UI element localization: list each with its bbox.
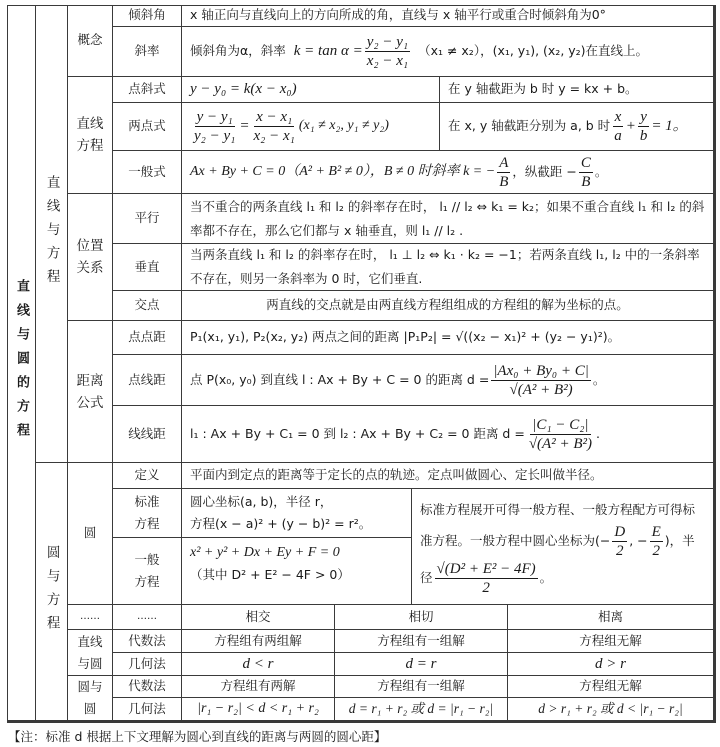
section-line-cell: 直线与方程: [36, 5, 68, 463]
compare-header-tangent-label: 相切: [408, 609, 433, 626]
line-circle-algebraic-separate: 方程组无解: [508, 630, 714, 653]
line-circle-algebraic-tangent-value: 方程组有一组解: [377, 633, 465, 650]
line-circle-geometric-intersect-value: d < r: [243, 654, 274, 674]
line-circle-algebraic-label-cell: 代数法: [113, 630, 182, 653]
general-slope-numerator: A: [497, 154, 510, 173]
row-perpendicular-label-cell: 垂直: [113, 244, 182, 291]
circle-circle-geometric-separate: d > r₁ + r₂ 或 d < |r₁ − r₂|: [508, 698, 714, 721]
slope-prefix: 倾斜角为α，斜率: [190, 43, 286, 60]
row-two-point-note-cell: 在 x, y 轴截距分别为 a, b 时 x a + y b = 1。: [440, 103, 714, 151]
row-definition-content-cell: 平面内到定点的距离等于定长的点的轨迹。定点叫做圆心、定长叫做半径。: [182, 463, 714, 489]
parallel-content: 当不重合的两条直线 l₁ 和 l₂ 的斜率存在时， l₁ // l₂ ⇔ k₁ …: [190, 195, 709, 243]
circle-circle-geometric-separate-value: d > r₁ + r₂ 或 d < |r₁ − r₂|: [538, 700, 682, 718]
row-point-point-label-cell: 点点距: [113, 321, 182, 355]
row-perpendicular-content-cell: 当两条直线 l₁ 和 l₂ 的斜率存在时， l₁ ⊥ l₂ ⇔ k₁ · k₂ …: [182, 244, 714, 291]
circle-circle-geometric-tangent-value: d = r₁ + r₂ 或 d = |r₁ − r₂|: [349, 700, 493, 718]
row-slope-content-cell: 倾斜角为α，斜率 k = tan α = y₂ − y₁ x₂ − x₁ （x₁…: [182, 27, 714, 77]
line-circle-algebraic-intersect: 方程组有两组解: [182, 630, 335, 653]
row-line-line-label-cell: 线线距: [113, 406, 182, 463]
row-point-line-content-cell: 点 P(x₀, y₀) 到直线 l : Ax + By + C = 0 的距离 …: [182, 355, 714, 406]
row-general-eq-content-cell: x² + y² + Dx + Ey + F = 0 （其中 D² + E² − …: [182, 538, 412, 605]
general-intercept-numerator: C: [579, 154, 593, 173]
standard-line2: 方程(x − a)² + (y − b)² = r²。: [190, 513, 371, 535]
explanation-line2: 准方程。一般方程中圆心坐标为(− D 2 , − E 2 )，半: [420, 523, 695, 560]
group-relation-cell: 位置关系: [68, 194, 113, 321]
line-circle-geometric-tangent-value: d = r: [406, 654, 437, 674]
row-incline-content: x 轴正向与直线向上的方向所成的角，直线与 x 轴平行或重合时倾斜角为0°: [190, 7, 606, 24]
line-circle-algebraic-separate-value: 方程组无解: [579, 633, 642, 650]
circle-circle-algebraic-tangent-value: 方程组有一组解: [377, 678, 465, 695]
row-intersection-content-cell: 两直线的交点就是由两直线方程组组成的方程组的解为坐标的点。: [182, 291, 714, 321]
line-circle-algebraic-tangent: 方程组有一组解: [335, 630, 508, 653]
circle-circle-geometric-tangent: d = r₁ + r₂ 或 d = |r₁ − r₂|: [335, 698, 508, 721]
standard-line1: 圆心坐标(a, b)，半径 r，: [190, 491, 332, 513]
two-point-condition: (x₁ ≠ x₂, y₁ ≠ y₂): [299, 117, 389, 136]
row-incline-content-cell: x 轴正向与直线向上的方向所成的角，直线与 x 轴平行或重合时倾斜角为0°: [182, 5, 714, 27]
group-equation-cell: 直线方程: [68, 77, 113, 194]
group-concept-label: 概念: [77, 32, 102, 49]
explanation-sep: , −: [629, 531, 647, 551]
group-circle-label: 圆: [84, 525, 97, 542]
main-title: 直线与圆的方程: [8, 279, 35, 447]
center-y-denominator: 2: [650, 542, 662, 560]
center-x-numerator: D: [612, 523, 627, 542]
row-slope-label: 斜率: [134, 43, 159, 60]
intercept-frac-y: y b: [638, 108, 650, 145]
intersection-content: 两直线的交点就是由两直线方程组组成的方程组的解为坐标的点。: [266, 297, 629, 314]
row-point-slope-formula-cell: y − y₀ = k(x − x₀): [182, 77, 440, 103]
center-x-denominator: 2: [614, 542, 626, 560]
compare-header-ellipsis-1: ……: [80, 610, 100, 624]
general-eq-line1: x² + y² + Dx + Ey + F = 0: [190, 542, 340, 564]
line-circle-algebraic-intersect-value: 方程组有两组解: [214, 633, 302, 650]
line-circle-geometric-separate: d > r: [508, 653, 714, 676]
two-point-note-prefix: 在 x, y 轴截距分别为 a, b 时: [448, 118, 610, 135]
row-standard-label-cell: 标准方程: [113, 489, 182, 538]
row-point-point-label: 点点距: [128, 329, 166, 346]
point-point-content: P₁(x₁, y₁), P₂(x₂, y₂) 两点之间的距离 |P₁P₂| = …: [190, 329, 620, 346]
row-point-line-label: 点线距: [128, 372, 166, 389]
intercept-plus: +: [626, 116, 636, 136]
slope-fraction-numerator: y₂ − y₁: [365, 33, 410, 52]
circle-circle-geometric-label: 几何法: [128, 701, 166, 718]
group-circle-cell: 圆: [68, 463, 113, 605]
row-two-point-label-cell: 两点式: [113, 103, 182, 151]
footnote: 【注：标准 d 根据上下文理解为圆心到直线的距离与两圆的圆心距】: [8, 727, 386, 745]
group-distance-cell: 距离公式: [68, 321, 113, 463]
line-circle-label: 直线与圆: [76, 631, 104, 675]
point-line-fraction: |Ax₀ + By₀ + C| √(A² + B²): [491, 362, 591, 399]
two-point-lhs-denominator: y₂ − y₁: [192, 127, 237, 145]
row-parallel-label: 平行: [134, 210, 159, 227]
slope-formula-lhs: k = tan α =: [294, 41, 363, 61]
circle-circle-algebraic-label: 代数法: [128, 678, 166, 695]
circle-circle-algebraic-separate-value: 方程组无解: [579, 678, 642, 695]
section-line-label: 直线与方程: [42, 175, 60, 293]
row-point-slope-label-cell: 点斜式: [113, 77, 182, 103]
circle-circle-algebraic-tangent: 方程组有一组解: [335, 676, 508, 698]
line-line-denominator: √(A² + B²): [527, 435, 594, 453]
row-point-point-content-cell: P₁(x₁, y₁), P₂(x₂, y₂) 两点之间的距离 |P₁P₂| = …: [182, 321, 714, 355]
two-point-lhs-numerator: y − y₁: [195, 108, 235, 127]
row-parallel-content-cell: 当不重合的两条直线 l₁ 和 l₂ 的斜率存在时， l₁ // l₂ ⇔ k₁ …: [182, 194, 714, 244]
point-slope-formula: y − y₀ = k(x − x₀): [190, 79, 297, 99]
line-circle-label-cell: 直线与圆: [68, 630, 113, 676]
circle-circle-label-cell: 圆与圆: [68, 676, 113, 721]
compare-header-col2: ……: [113, 605, 182, 630]
row-standard-label: 标准方程: [133, 491, 161, 535]
intercept-suffix: = 1。: [651, 116, 687, 136]
row-two-point-formula-cell: y − y₁ y₂ − y₁ = x − x₁ x₂ − x₁ (x₁ ≠ x₂…: [182, 103, 440, 151]
explanation-line3-suffix: 。: [540, 570, 553, 587]
table-border-right: [714, 5, 716, 723]
section-circle-cell: 圆与方程: [36, 463, 68, 721]
compare-header-intersect-label: 相交: [245, 609, 270, 626]
point-line-prefix: 点 P(x₀, y₀) 到直线 l : Ax + By + C = 0 的距离 …: [190, 372, 489, 389]
explanation-line3-prefix: 径: [420, 570, 433, 587]
two-point-equals: =: [239, 116, 249, 136]
intercept-frac-x: x a: [612, 108, 624, 145]
point-line-numerator: |Ax₀ + By₀ + C|: [491, 362, 591, 381]
row-general-content-cell: Ax + By + C = 0（A² + B² ≠ 0），B ≠ 0 时斜率 k…: [182, 151, 714, 194]
circle-circle-algebraic-separate: 方程组无解: [508, 676, 714, 698]
line-circle-geometric-intersect: d < r: [182, 653, 335, 676]
compare-header-col1: ……: [68, 605, 113, 630]
circle-circle-label: 圆与圆: [76, 676, 104, 720]
perpendicular-content: 当两条直线 l₁ 和 l₂ 的斜率存在时， l₁ ⊥ l₂ ⇔ k₁ · k₂ …: [190, 243, 709, 291]
intercept-frac-y-numerator: y: [638, 108, 649, 127]
group-equation-label: 直线方程: [76, 113, 104, 157]
row-general-label: 一般式: [128, 164, 166, 181]
row-intersection-label-cell: 交点: [113, 291, 182, 321]
radius-fraction: √(D² + E² − 4F) 2: [435, 560, 538, 597]
explanation-line2-prefix: 准方程。一般方程中圆心坐标为(−: [420, 531, 610, 551]
definition-content: 平面内到定点的距离等于定长的点的轨迹。定点叫做圆心、定长叫做半径。: [190, 467, 603, 484]
row-two-point-label: 两点式: [128, 118, 166, 135]
circle-circle-algebraic-intersect-value: 方程组有两解: [220, 678, 295, 695]
general-intercept-frac: C B: [579, 154, 593, 191]
point-line-suffix: 。: [593, 372, 606, 389]
line-line-fraction: |C₁ − C₂| √(A² + B²): [527, 416, 594, 453]
row-line-line-content-cell: l₁ : Ax + By + C₁ = 0 到 l₂ : Ax + By + C…: [182, 406, 714, 463]
explanation-line1: 标准方程展开可得一般方程、一般方程配方可得标: [420, 497, 695, 523]
line-circle-geometric-separate-value: d > r: [595, 654, 626, 674]
two-point-rhs-numerator: x − x₁: [254, 108, 294, 127]
line-line-prefix: l₁ : Ax + By + C₁ = 0 到 l₂ : Ax + By + C…: [190, 426, 525, 443]
circle-circle-algebraic-intersect: 方程组有两解: [182, 676, 335, 698]
group-relation-label: 位置关系: [76, 235, 104, 279]
slope-suffix: （x₁ ≠ x₂），(x₁, y₁), (x₂, y₂)在直线上。: [418, 43, 648, 60]
line-circle-geometric-label: 几何法: [128, 656, 166, 673]
formula-table: 直线与圆的方程 直线与方程 圆与方程 概念 直线方程 位置关系 距离公式 倾斜角…: [0, 0, 720, 747]
row-general-eq-label-cell: 一般方程: [113, 538, 182, 605]
line-line-suffix: .: [596, 426, 600, 443]
circle-circle-geometric-label-cell: 几何法: [113, 698, 182, 721]
row-standard-content-cell: 圆心坐标(a, b)，半径 r， 方程(x − a)² + (y − b)² =…: [182, 489, 412, 538]
general-mid: ，纵截距 −: [512, 164, 576, 181]
circle-circle-geometric-intersect-value: |r₁ − r₂| < d < r₁ + r₂: [197, 700, 319, 719]
row-incline-label-cell: 倾斜角: [113, 5, 182, 27]
row-line-line-label: 线线距: [128, 426, 166, 443]
general-slope-frac: A B: [497, 154, 510, 191]
intercept-frac-x-numerator: x: [613, 108, 624, 127]
row-point-slope-label: 点斜式: [128, 81, 166, 98]
radius-denominator: 2: [480, 579, 492, 597]
point-line-denominator: √(A² + B²): [508, 381, 575, 399]
line-circle-geometric-tangent: d = r: [335, 653, 508, 676]
row-perpendicular-label: 垂直: [134, 259, 159, 276]
row-incline-label: 倾斜角: [128, 7, 166, 24]
center-y-numerator: E: [650, 523, 663, 542]
explanation-line3: 径 √(D² + E² − 4F) 2 。: [420, 560, 552, 597]
group-concept-cell: 概念: [68, 5, 113, 77]
point-slope-note: 在 y 轴截距为 b 时 y = kx + b。: [448, 81, 638, 98]
main-title-text: 直线与圆的方程: [8, 279, 35, 447]
row-definition-label-cell: 定义: [113, 463, 182, 489]
center-y-fraction: E 2: [650, 523, 663, 560]
row-definition-label: 定义: [134, 467, 159, 484]
row-intersection-label: 交点: [134, 297, 159, 314]
slope-fraction-denominator: x₂ − x₁: [365, 52, 410, 70]
slope-fraction: y₂ − y₁ x₂ − x₁: [365, 33, 410, 70]
line-circle-geometric-label-cell: 几何法: [113, 653, 182, 676]
row-point-line-label-cell: 点线距: [113, 355, 182, 406]
circle-circle-geometric-intersect: |r₁ − r₂| < d < r₁ + r₂: [182, 698, 335, 721]
intercept-frac-x-denominator: a: [612, 127, 624, 145]
section-circle-label: 圆与方程: [42, 545, 60, 639]
line-line-numerator: |C₁ − C₂|: [530, 416, 590, 435]
circle-explanation-cell: 标准方程展开可得一般方程、一般方程配方可得标 准方程。一般方程中圆心坐标为(− …: [412, 489, 714, 605]
row-parallel-label-cell: 平行: [113, 194, 182, 244]
group-distance-label: 距离公式: [76, 370, 104, 414]
compare-header-separate: 相离: [508, 605, 714, 630]
radius-numerator: √(D² + E² − 4F): [435, 560, 538, 579]
main-title-cell: 直线与圆的方程: [7, 5, 36, 721]
row-general-label-cell: 一般式: [113, 151, 182, 194]
two-point-rhs-denominator: x₂ − x₁: [252, 127, 297, 145]
general-formula: Ax + By + C = 0（A² + B² ≠ 0），B ≠ 0 时斜率 k…: [190, 163, 495, 182]
general-slope-denominator: B: [497, 173, 510, 191]
compare-header-tangent: 相切: [335, 605, 508, 630]
center-x-fraction: D 2: [612, 523, 627, 560]
general-intercept-denominator: B: [579, 173, 592, 191]
table-border-bottom: [7, 721, 715, 723]
compare-header-separate-label: 相离: [598, 609, 623, 626]
intercept-frac-y-denominator: b: [638, 127, 650, 145]
general-end: 。: [595, 164, 608, 181]
general-eq-line2: （其中 D² + E² − 4F > 0）: [190, 564, 350, 586]
explanation-line2-suffix: )，半: [665, 531, 695, 551]
line-circle-algebraic-label: 代数法: [128, 633, 166, 650]
row-slope-label-cell: 斜率: [113, 27, 182, 77]
compare-header-intersect: 相交: [182, 605, 335, 630]
row-point-slope-note-cell: 在 y 轴截距为 b 时 y = kx + b。: [440, 77, 714, 103]
circle-circle-algebraic-label-cell: 代数法: [113, 676, 182, 698]
compare-header-ellipsis-2: ……: [137, 610, 157, 624]
two-point-lhs-fraction: y − y₁ y₂ − y₁: [192, 108, 237, 145]
row-general-eq-label: 一般方程: [133, 549, 161, 593]
two-point-rhs-fraction: x − x₁ x₂ − x₁: [252, 108, 297, 145]
